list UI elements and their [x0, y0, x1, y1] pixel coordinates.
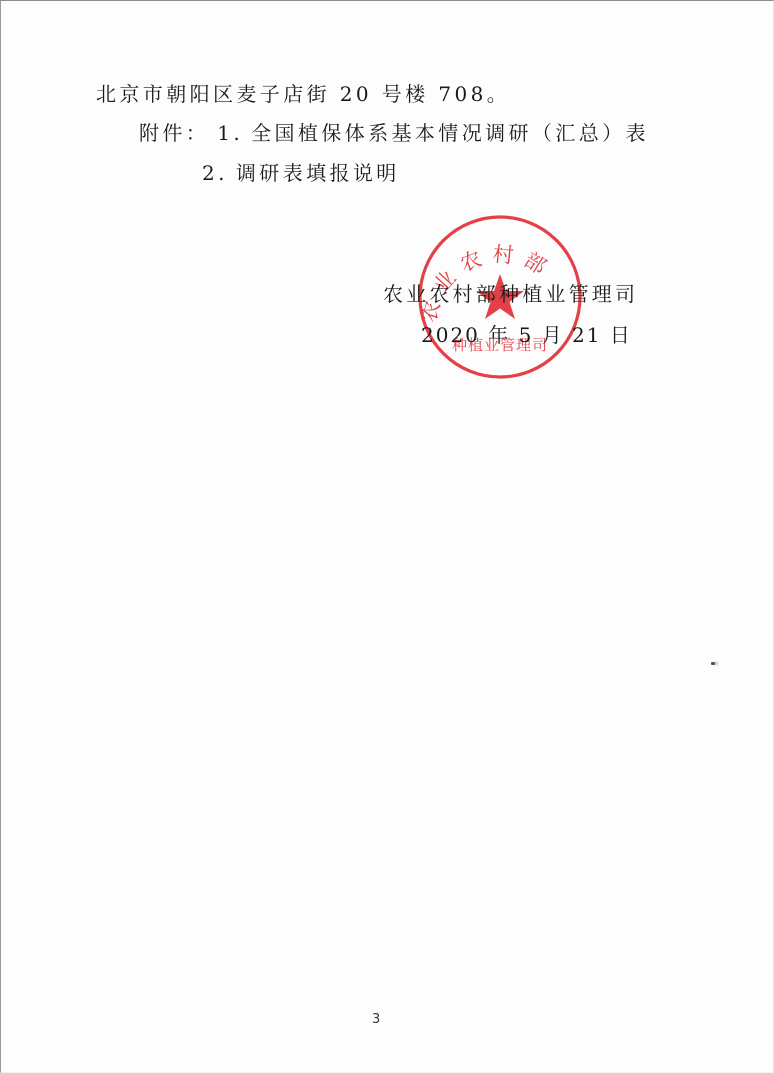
- attachments-label: 附件：: [139, 121, 209, 145]
- scan-speck: [711, 662, 715, 665]
- attachment-2-number: 2.: [202, 161, 228, 185]
- page-number: 3: [372, 1012, 380, 1027]
- attachment-1-number: 1.: [217, 121, 243, 145]
- address-line: 北京市朝阳区麦子店街 20 号楼 708。: [96, 82, 510, 106]
- attachment-1-line: 附件：1.全国植保体系基本情况调研（汇总）表: [139, 121, 649, 145]
- attachment-2-title: 调研表填报说明: [236, 161, 400, 185]
- attachment-1-title: 全国植保体系基本情况调研（汇总）表: [251, 121, 649, 145]
- signature-date: 2020 年 5 月 21 日: [421, 323, 632, 347]
- attachment-2-line: 2.调研表填报说明: [202, 161, 400, 185]
- signature-organization: 农业农村部种植业管理司: [383, 282, 638, 306]
